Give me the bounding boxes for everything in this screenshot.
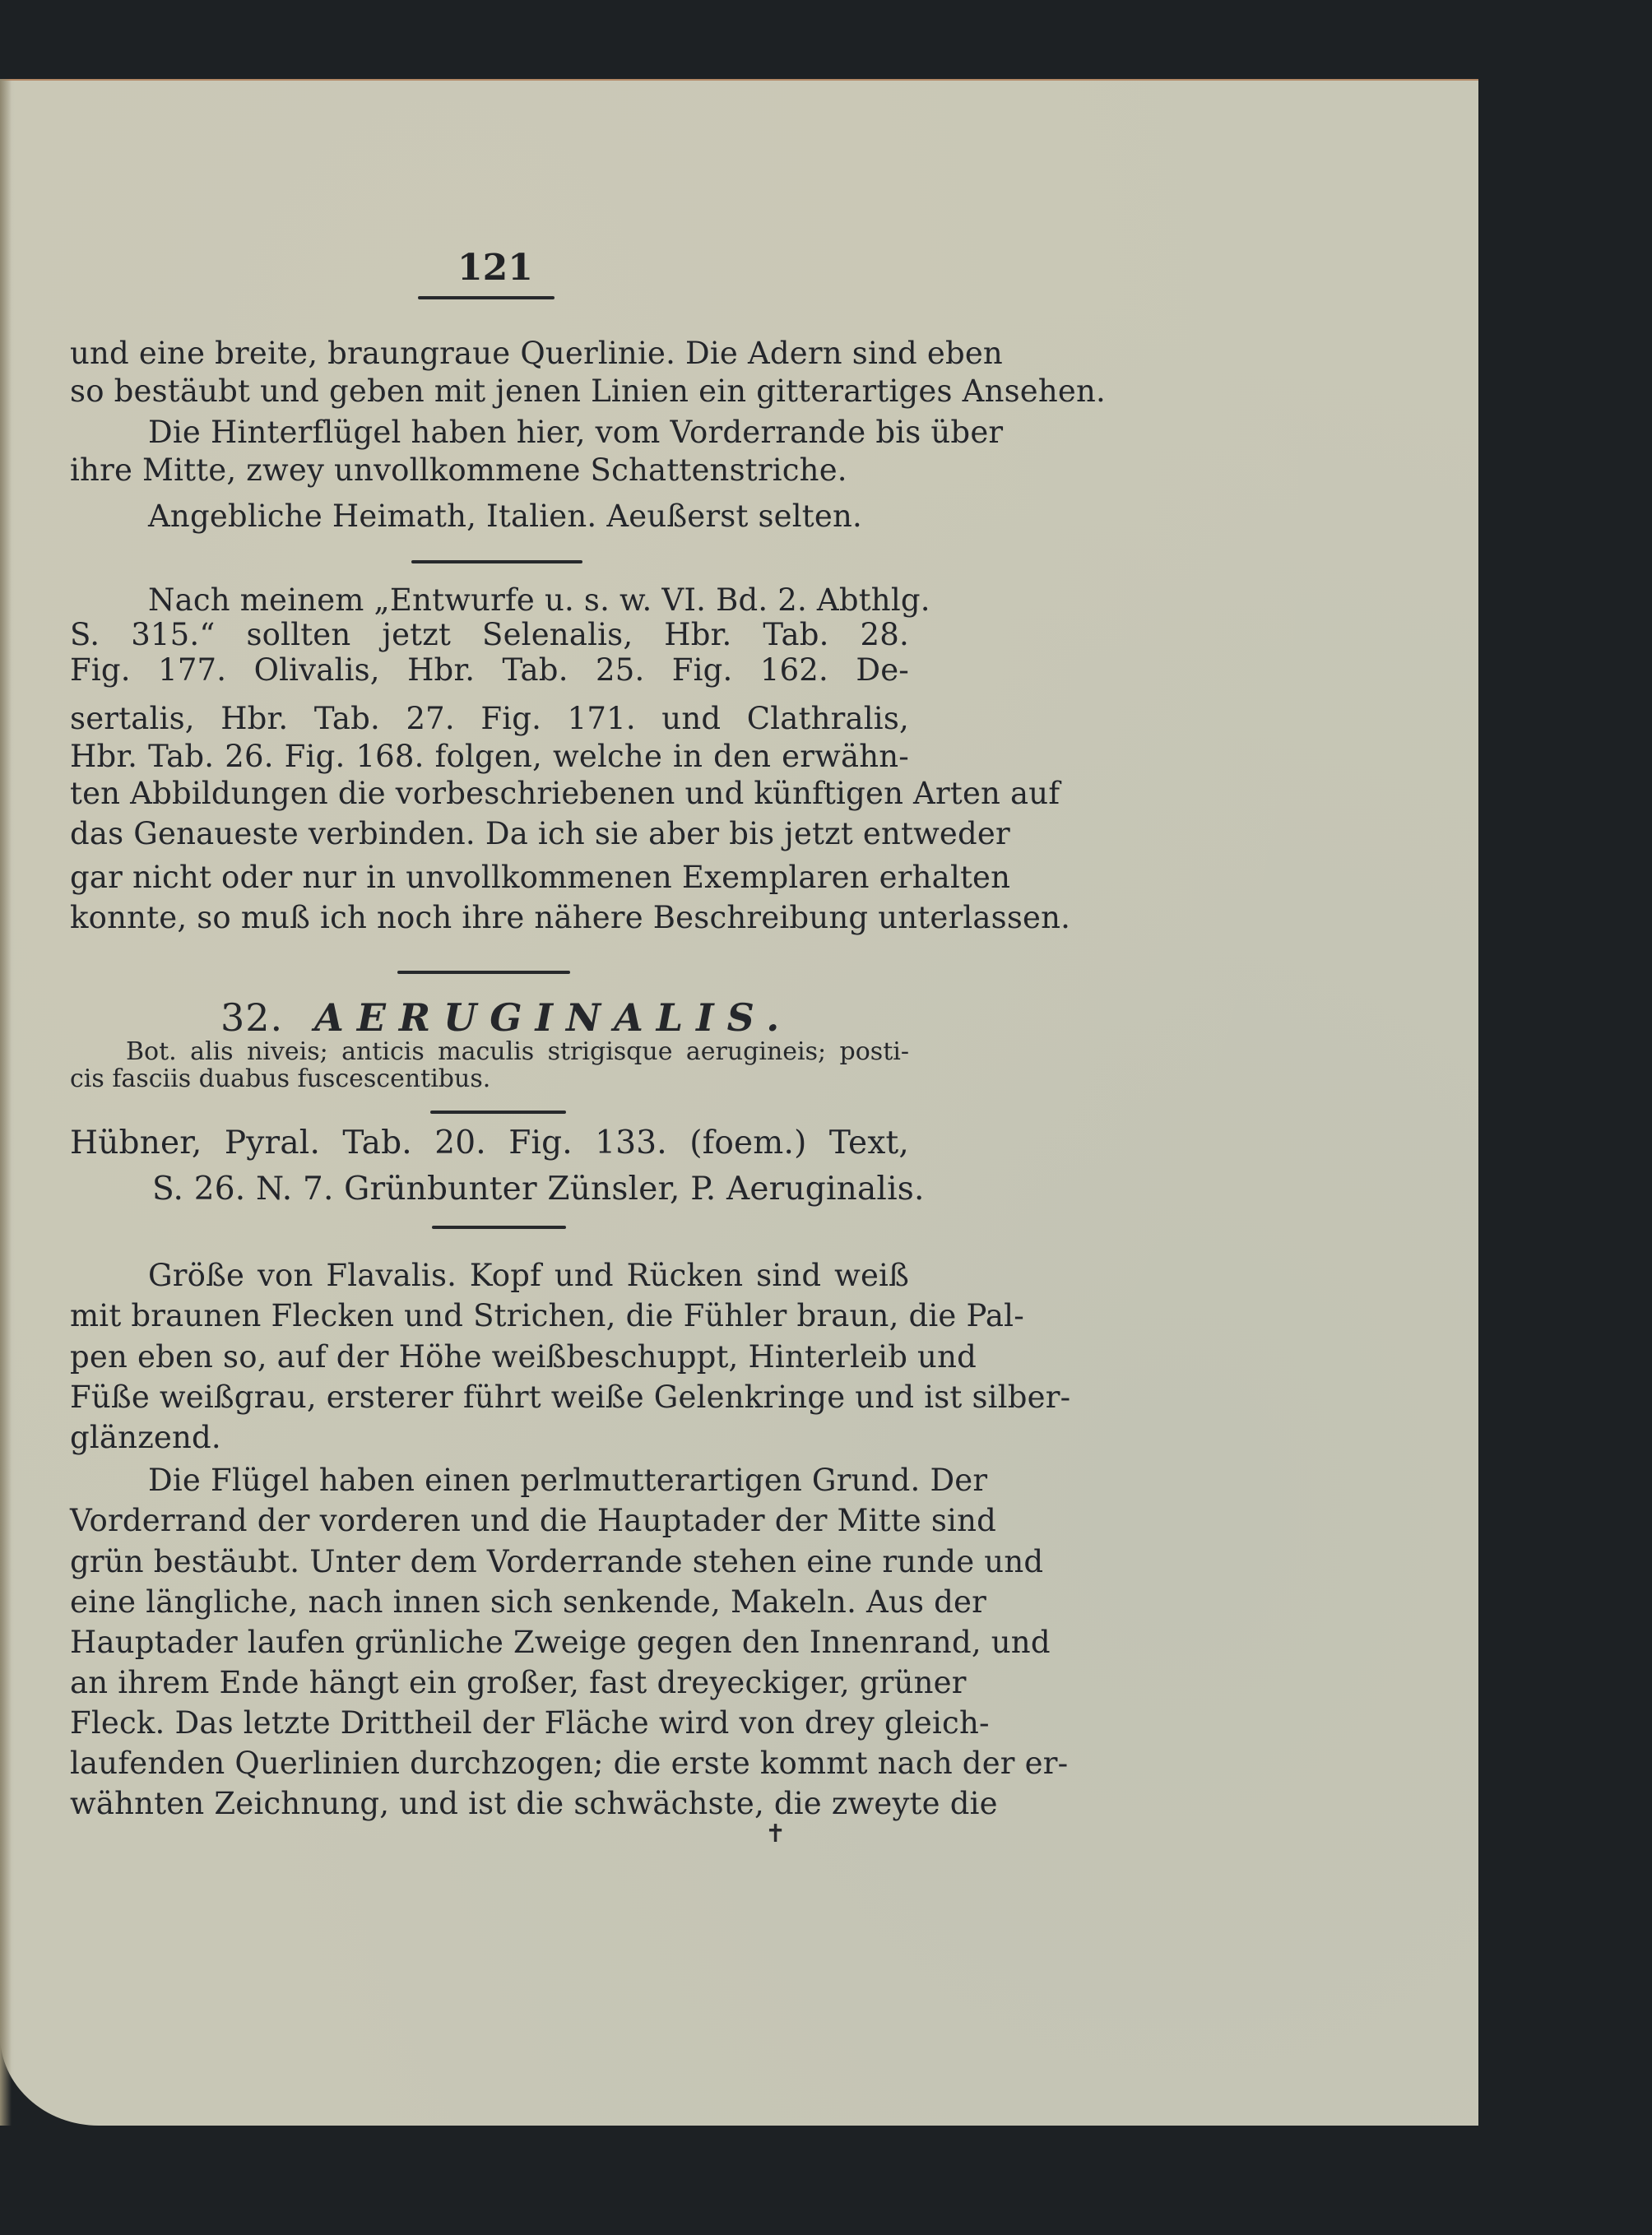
page-number-rule xyxy=(418,296,555,299)
text-line: Hauptader laufen grünliche Zweige gegen … xyxy=(70,1622,909,1662)
section-divider xyxy=(397,971,570,974)
species-name: AERUGINALIS. xyxy=(314,995,792,1040)
text-line: Die Hinterflügel haben hier, vom Vorderr… xyxy=(70,412,909,452)
section-divider xyxy=(411,560,582,563)
text-line: S. 26. N. 7. Grünbunter Zünsler, P. Aeru… xyxy=(70,1169,909,1209)
text-line: das Genaueste verbinden. Da ich sie aber… xyxy=(70,814,909,854)
text-line: Die Flügel haben einen perlmutterartigen… xyxy=(70,1460,909,1500)
text-line: Hübner, Pyral. Tab. 20. Fig. 133. (foem.… xyxy=(70,1123,909,1163)
text-line: cis fasciis duabus fuscescentibus. xyxy=(70,1065,909,1092)
text-line: S. 315.“ sollten jetzt Selenalis, Hbr. T… xyxy=(70,614,909,655)
text-line: pen eben so, auf der Höhe weißbeschuppt,… xyxy=(70,1337,909,1377)
text-line: ten Abbildungen die vorbeschriebenen und… xyxy=(70,773,909,814)
text-line: sertalis, Hbr. Tab. 27. Fig. 171. und Cl… xyxy=(70,698,909,739)
text-line: Bot. alis niveis; anticis maculis strigi… xyxy=(70,1038,909,1065)
text-line: mit braunen Flecken und Strichen, die Fü… xyxy=(70,1296,909,1336)
text-line: konnte, so muß ich noch ihre nähere Besc… xyxy=(70,897,909,938)
species-number: 32. xyxy=(220,995,283,1040)
species-heading: 32.AERUGINALIS. xyxy=(220,995,792,1040)
text-line: glänzend. xyxy=(70,1417,909,1458)
text-line: und eine breite, braungraue Querlinie. D… xyxy=(70,333,909,373)
text-line: Größe von Flavalis. Kopf und Rücken sind… xyxy=(70,1255,909,1296)
text-line: an ihrem Ende hängt ein großer, fast dre… xyxy=(70,1662,909,1703)
text-line: grün bestäubt. Unter dem Vorderrande ste… xyxy=(70,1542,909,1582)
text-line: eine längliche, nach innen sich senkende… xyxy=(70,1582,909,1622)
text-line: so bestäubt und geben mit jenen Linien e… xyxy=(70,371,909,411)
text-line: Vorderrand der vorderen und die Hauptade… xyxy=(70,1500,909,1541)
latin-diagnosis: Bot. alis niveis; anticis maculis strigi… xyxy=(70,1038,909,1092)
text-line: Hbr. Tab. 26. Fig. 168. folgen, welche i… xyxy=(70,736,909,777)
text-line: Fig. 177. Olivalis, Hbr. Tab. 25. Fig. 1… xyxy=(70,650,909,690)
text-line: laufenden Querlinien durchzogen; die ers… xyxy=(70,1743,909,1783)
text-line: Füße weißgrau, ersterer führt weiße Gele… xyxy=(70,1377,909,1417)
text-line: gar nicht oder nur in unvollkommenen Exe… xyxy=(70,857,909,897)
section-divider xyxy=(432,1226,566,1229)
page-number: 121 xyxy=(457,247,523,289)
stray-ink-mark: ✝ xyxy=(765,1820,786,1848)
text-line: wähnten Zeichnung, und ist die schwächst… xyxy=(70,1783,909,1824)
page-spine-shadow xyxy=(0,79,12,2126)
text-line: ihre Mitte, zwey unvollkommene Schattens… xyxy=(70,450,909,490)
text-line: Fleck. Das letzte Drittheil der Fläche w… xyxy=(70,1703,909,1743)
section-divider xyxy=(430,1111,566,1114)
text-line: Angebliche Heimath, Italien. Aeußerst se… xyxy=(70,496,909,536)
